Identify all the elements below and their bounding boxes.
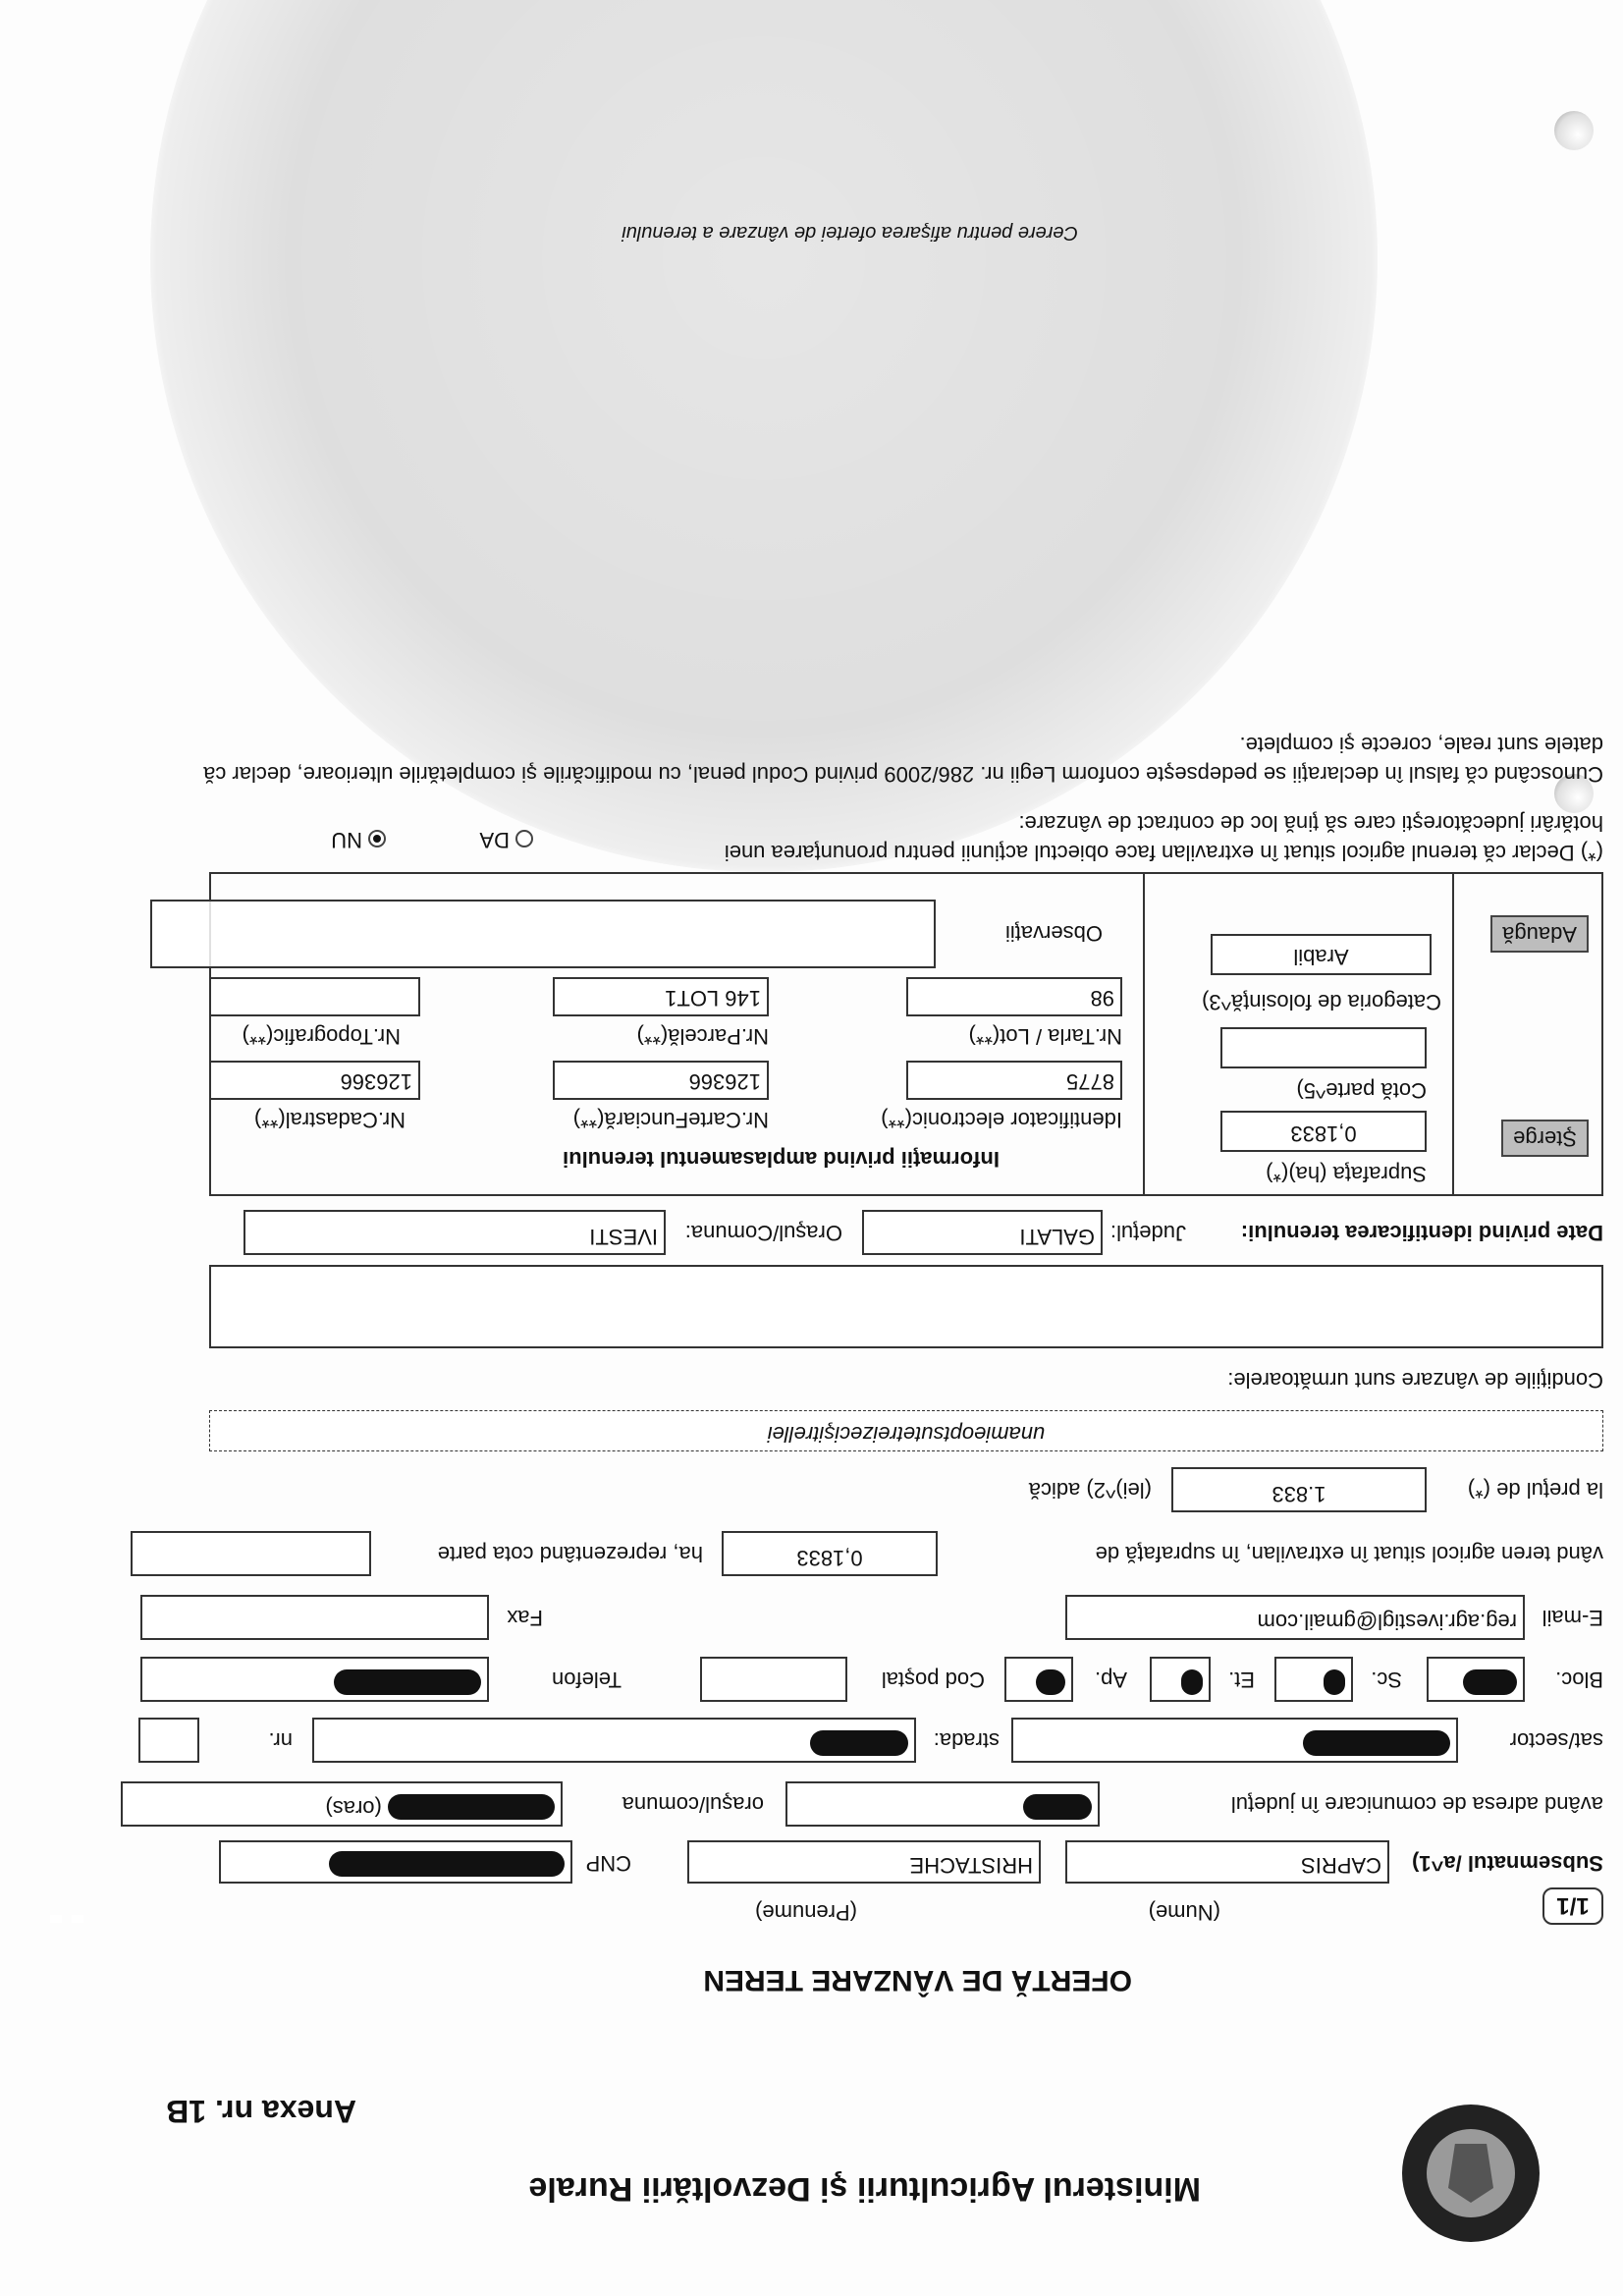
ap-field[interactable] — [1004, 1657, 1073, 1702]
cadastral-field[interactable]: 126366 — [209, 1061, 420, 1100]
telefon-field[interactable] — [140, 1657, 489, 1702]
topografic-field[interactable] — [209, 977, 420, 1016]
radio-da-label: DA — [479, 828, 510, 852]
nr-label: nr. — [269, 1727, 293, 1753]
cota-parte-label: Cotă parte^5) — [1296, 1077, 1427, 1103]
carte-funciara-field[interactable]: 126366 — [553, 1061, 769, 1100]
document-page: Ministerul Agriculturii şi Dezvoltării R… — [0, 0, 1623, 2296]
vand-text: vând teren agricol situat în extravilan,… — [1096, 1541, 1603, 1566]
cnp-label: CNP — [586, 1850, 631, 1876]
redaction-mark — [1463, 1669, 1517, 1695]
judetul-label: Judeţul: — [1110, 1220, 1186, 1245]
ha-text: ha, reprezentând cota parte — [438, 1541, 703, 1566]
nume-field[interactable]: CAPRIS — [1065, 1840, 1389, 1884]
categoria-label: Categoria de folosinţă^3) — [1202, 989, 1441, 1014]
oras-label: oraşul/comuna — [622, 1791, 764, 1817]
suprafata-ha-field[interactable]: 0,1833 — [1220, 1111, 1427, 1152]
identificator-electronic-field[interactable]: 8775 — [906, 1061, 1122, 1100]
email-field[interactable]: reg.agr.ivestigl@gmail.com — [1065, 1595, 1525, 1640]
add-button[interactable]: Adaugă — [1490, 915, 1589, 953]
declaration-text: (*) Declar că terenul agricol situat în … — [720, 808, 1603, 867]
email-label: E-mail — [1542, 1605, 1603, 1630]
fax-field[interactable] — [140, 1595, 489, 1640]
field-label: Nr.Topografic(**) — [243, 1023, 401, 1049]
annex-label: Anexa nr. 1B — [166, 2093, 356, 2129]
redaction-mark — [1324, 1669, 1345, 1695]
info-title: Informaţii privind amplasamentul terenul… — [563, 1146, 1000, 1172]
prenume-field[interactable]: HRISTACHE — [687, 1840, 1041, 1884]
sc-label: Sc. — [1371, 1667, 1402, 1692]
sat-label: sat/sector — [1510, 1727, 1603, 1753]
legal-text: Cunoscând că falsul în declaraţii se ped… — [189, 730, 1603, 789]
observatii-field[interactable] — [150, 900, 936, 968]
nr-field[interactable] — [138, 1718, 199, 1763]
radio-nu-icon — [368, 830, 386, 847]
cod-postal-label: Cod poştal — [882, 1667, 985, 1692]
redaction-mark — [388, 1794, 555, 1820]
pret-litere-field[interactable]: unamieoptsutetreizecişitrellei — [209, 1410, 1603, 1451]
cnp-field[interactable] — [219, 1840, 572, 1884]
sat-field[interactable] — [1011, 1718, 1458, 1763]
radio-da[interactable]: DA — [479, 827, 533, 852]
judetul-field[interactable]: GALATI — [862, 1210, 1103, 1255]
field-label: Nr.Parcelă(**) — [637, 1023, 769, 1049]
address-intro: având adresa de comunicare în judeţul — [1231, 1791, 1603, 1817]
delete-button[interactable]: Şterge — [1501, 1120, 1589, 1157]
bloc-field[interactable] — [1427, 1657, 1525, 1702]
redaction-mark — [810, 1730, 908, 1756]
ministry-title: Ministerul Agriculturii şi Dezvoltării R… — [528, 2169, 1201, 2208]
prenume-caption: (Prenume) — [755, 1899, 857, 1925]
nume-caption: (Nume) — [1149, 1899, 1220, 1925]
oras-field[interactable]: (oras) — [121, 1781, 563, 1827]
redaction-mark — [334, 1669, 481, 1695]
subsemnatul-label: Subsemnatul /a^1) — [1412, 1850, 1603, 1876]
conditii-field[interactable] — [209, 1265, 1603, 1348]
redaction-mark — [1023, 1794, 1092, 1820]
pret-label: la preţul de (*) — [1468, 1477, 1603, 1503]
footer-caption: Cerere pentru afişarea ofertei de vânzar… — [622, 221, 1078, 244]
field-label: Nr.Tarla / Lot(**) — [969, 1023, 1123, 1049]
redaction-mark — [1036, 1669, 1065, 1695]
field-label: Nr.Cadastral(**) — [254, 1107, 406, 1132]
form-title: OFERTĂ DE VÂNZARE TEREN — [703, 1963, 1132, 1996]
strada-field[interactable] — [312, 1718, 916, 1763]
lei-text: (lei)^2) adică — [1029, 1477, 1152, 1503]
radio-nu-label: NU — [331, 828, 362, 852]
judet-field[interactable] — [785, 1781, 1100, 1827]
redaction-mark — [329, 1851, 565, 1877]
redaction-mark — [1181, 1669, 1203, 1695]
cota-parte-field[interactable] — [131, 1531, 371, 1576]
strada-label: strada: — [934, 1727, 1000, 1753]
orasul-comuna-label: Oraşul/Comuna: — [685, 1220, 842, 1245]
observatii-label: Observaţii — [1005, 920, 1103, 946]
pret-field[interactable]: 1.833 — [1171, 1467, 1427, 1512]
cota-parte-table-field[interactable] — [1220, 1027, 1427, 1068]
page-counter: 1/1 — [1542, 1887, 1603, 1925]
categoria-field[interactable]: Arabil — [1211, 934, 1432, 975]
sc-field[interactable] — [1274, 1657, 1353, 1702]
radio-nu[interactable]: NU — [331, 827, 386, 852]
telefon-label: Telefon — [552, 1667, 622, 1692]
redaction-mark — [1303, 1730, 1450, 1756]
tarla-lot-field[interactable]: 98 — [906, 977, 1122, 1016]
cod-postal-field[interactable] — [700, 1657, 847, 1702]
suprafata-field[interactable]: 0,1833 — [722, 1531, 938, 1576]
conditii-label: Condiţiile de vânzare sunt următoarele: — [1227, 1367, 1603, 1393]
suprafata-ha-label: Suprafaţa (ha)(*) — [1266, 1161, 1427, 1186]
identificare-title: Date privind identificarea terenului: — [1241, 1220, 1603, 1245]
fax-label: Fax — [507, 1605, 543, 1630]
ap-label: Ap. — [1095, 1667, 1127, 1692]
bloc-label: Bloc. — [1555, 1667, 1603, 1692]
punch-hole — [1554, 111, 1594, 150]
et-field[interactable] — [1150, 1657, 1211, 1702]
field-label: Nr.CarteFunciară(**) — [573, 1107, 769, 1132]
radio-da-icon — [515, 830, 533, 847]
orasul-comuna-field[interactable]: IVESTI — [243, 1210, 666, 1255]
et-label: Et. — [1228, 1667, 1255, 1692]
parcela-field[interactable]: 146 LOT1 — [553, 977, 769, 1016]
field-label: Identificator electronic(**) — [881, 1107, 1122, 1132]
